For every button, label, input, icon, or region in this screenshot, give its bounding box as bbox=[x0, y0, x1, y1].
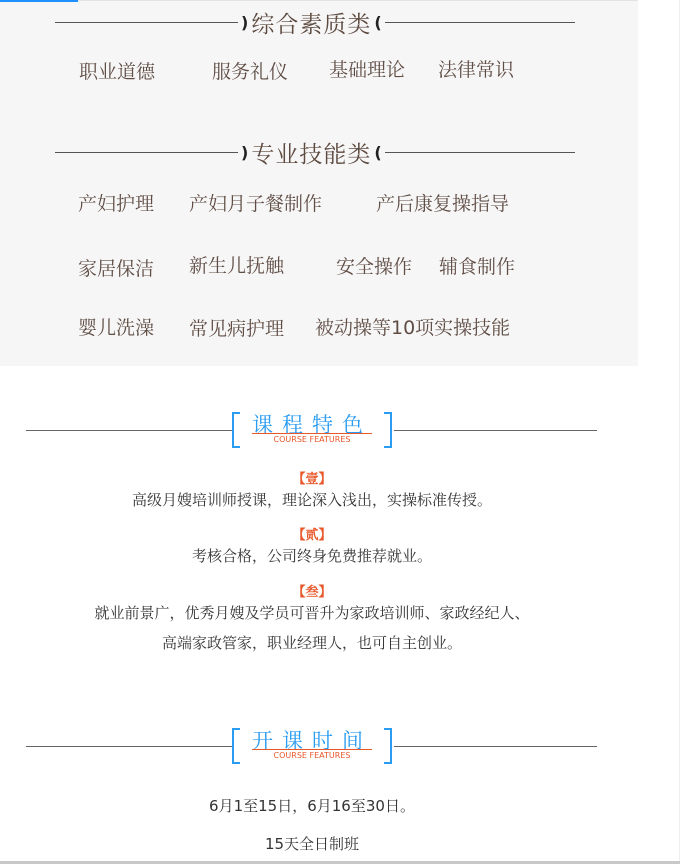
professional-item: 被动操等10项实操技能 bbox=[315, 313, 510, 340]
professional-item: 新生儿抚触 bbox=[189, 251, 284, 278]
divider-line bbox=[385, 152, 575, 153]
divider-line bbox=[26, 746, 232, 747]
professional-item: 安全操作 bbox=[336, 252, 412, 279]
bracket-right: ( bbox=[374, 13, 381, 32]
divider-line bbox=[55, 152, 238, 153]
feature-text: 就业前景广，优秀月嫂及学员可晋升为家政培训师、家政经纪人、 bbox=[0, 602, 624, 623]
divider-line bbox=[26, 430, 232, 431]
divider-line bbox=[55, 22, 238, 23]
feature-text: 高端家政管家，职业经理人，也可自主创业。 bbox=[0, 632, 624, 653]
underline bbox=[252, 433, 372, 434]
professional-item: 产妇护理 bbox=[78, 189, 154, 216]
schedule-mode: 15天全日制班 bbox=[0, 833, 624, 854]
features-subtitle: COURSE FEATURES bbox=[232, 435, 392, 444]
professional-item: 辅食制作 bbox=[439, 252, 515, 279]
underline bbox=[252, 749, 372, 750]
feature-number: 【叁】 bbox=[0, 581, 624, 600]
active-tab-indicator bbox=[0, 0, 78, 2]
divider-line bbox=[394, 746, 597, 747]
professional-item: 产妇月子餐制作 bbox=[189, 189, 322, 216]
top-divider bbox=[78, 0, 638, 1]
general-item: 法律常识 bbox=[438, 55, 514, 82]
schedule-dates: 6月1至15日，6月16至30日。 bbox=[0, 795, 624, 816]
bracket-right-icon bbox=[384, 728, 392, 764]
feature-number: 【贰】 bbox=[0, 524, 624, 543]
features-section-header: 课程特色 COURSE FEATURES bbox=[0, 412, 680, 452]
professional-item: 婴儿洗澡 bbox=[78, 313, 154, 340]
features-badge: 课程特色 COURSE FEATURES bbox=[232, 412, 392, 448]
bracket-right-icon bbox=[384, 412, 392, 448]
feature-number: 【壹】 bbox=[0, 468, 624, 487]
general-section-header: ) 综合素质类 ( bbox=[55, 6, 575, 39]
professional-section-header: ) 专业技能类 ( bbox=[55, 136, 575, 169]
general-section-title: 综合素质类 bbox=[251, 6, 371, 39]
schedule-section-header: 开课时间 COURSE FEATURES bbox=[0, 728, 680, 768]
divider-line bbox=[385, 22, 575, 23]
general-item: 基础理论 bbox=[329, 55, 405, 82]
feature-text: 高级月嫂培训师授课，理论深入浅出，实操标准传授。 bbox=[0, 489, 624, 510]
schedule-subtitle: COURSE FEATURES bbox=[232, 751, 392, 760]
professional-item: 常见病护理 bbox=[189, 314, 284, 341]
general-item: 服务礼仪 bbox=[212, 57, 288, 84]
professional-section-title: 专业技能类 bbox=[251, 136, 371, 169]
professional-item: 产后康复操指导 bbox=[376, 189, 509, 216]
bracket-right: ( bbox=[374, 143, 381, 162]
general-item: 职业道德 bbox=[79, 57, 155, 84]
bracket-left: ) bbox=[241, 143, 248, 162]
curriculum-panel bbox=[0, 0, 638, 366]
professional-item: 家居保洁 bbox=[78, 254, 154, 281]
schedule-badge: 开课时间 COURSE FEATURES bbox=[232, 728, 392, 764]
bracket-left: ) bbox=[241, 13, 248, 32]
feature-text: 考核合格，公司终身免费推荐就业。 bbox=[0, 545, 624, 566]
divider-line bbox=[394, 430, 597, 431]
